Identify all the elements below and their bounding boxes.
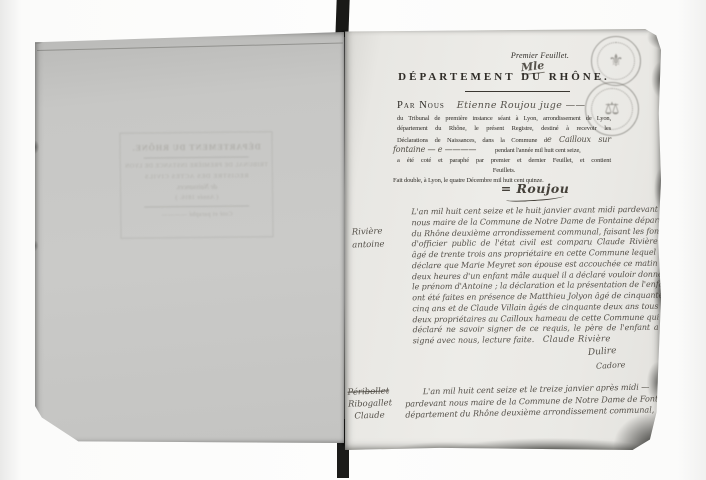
witness-signature-2: Cadore <box>596 360 626 371</box>
judge-name-handwritten: Etienne Roujou juge —— <box>457 100 586 111</box>
act-closing-line: signé avec nous, lecture faite. Claude R… <box>413 334 659 347</box>
imprint-line: Coté et paraphé ———— <box>121 211 272 219</box>
imprint-line: TRIBUNAL DE PREMIÈRE INSTANCE DE LYON <box>121 162 272 170</box>
witness-signature-1: Dulire <box>588 346 617 358</box>
par-nous-label: Par Nous <box>397 100 445 111</box>
register-scan: DÉPARTEMENT DU RHÔNE. TRIBUNAL DE PREMIÈ… <box>0 0 706 480</box>
register-line-printed: Déclarations de Naissances, dans la Comm… <box>397 137 547 144</box>
margin-surname: Rivière <box>352 225 385 239</box>
imprint-rule <box>143 156 249 158</box>
register-line: du Tribunal de première instance séant à… <box>397 114 611 124</box>
register-line: a été coté et paraphé par premier et der… <box>397 156 611 166</box>
register-line-printed: pendant l'année mil huit cent seize, <box>495 147 581 154</box>
imprint-title: DÉPARTEMENT DU RHÔNE. <box>121 142 272 153</box>
register-line: département du Rhône, le présent Registr… <box>397 124 611 134</box>
imprint-line: REGISTRE DES ACTES CIVILS <box>121 172 272 181</box>
left-page: DÉPARTEMENT DU RHÔNE. TRIBUNAL DE PREMIÈ… <box>35 32 344 443</box>
title-rule <box>465 91 570 92</box>
right-page: ⚜ ⚖ Premier Feuillet. Mle DÉPARTEMENT DU… <box>345 29 661 450</box>
paper-crease <box>37 43 343 51</box>
act2-body: L'an mil huit cent seize et le treize ja… <box>405 381 658 421</box>
register-line: Feuillets. <box>397 166 611 176</box>
act1-body: L'an mil huit cent seize et le huit janv… <box>411 205 658 347</box>
page-title: DÉPARTEMENT DU RHÔNE. <box>373 71 635 83</box>
act-closing-text: signé avec nous, lecture faite. <box>413 335 535 345</box>
register-line: Déclarations de Naissances, dans la Comm… <box>397 135 611 145</box>
margin-firstname: antoine <box>352 238 385 252</box>
bleed-through-imprint: DÉPARTEMENT DU RHÔNE. TRIBUNAL DE PREMIÈ… <box>119 131 273 239</box>
margin-surname-corrected: Ribogallet <box>348 397 392 411</box>
commune-name-handwritten-2: fontaine — e ———— <box>393 145 495 155</box>
register-line: fontaine — e ————pendant l'année mil hui… <box>393 145 611 155</box>
commune-name-handwritten: e Cailloux sur <box>547 135 611 144</box>
margin-firstname: Claude <box>348 409 392 423</box>
judge-signature: = Roujou <box>480 181 590 201</box>
imprint-rule <box>144 205 250 207</box>
imprint-line: de Naissances. <box>121 182 272 192</box>
act2-margin-note: Péribollet Ribogallet Claude <box>347 385 392 423</box>
imprint-line: ( Année 1816. ) <box>121 194 272 202</box>
fleur-de-lis-icon: ⚜ <box>608 53 623 70</box>
act1-margin-note: Rivière antoine <box>352 225 385 252</box>
register-paragraph: du Tribunal de première instance séant à… <box>397 114 611 187</box>
father-signature: Claude Rivière <box>543 334 611 345</box>
par-nous-row: Par Nous Etienne Roujou juge —— <box>397 95 627 113</box>
